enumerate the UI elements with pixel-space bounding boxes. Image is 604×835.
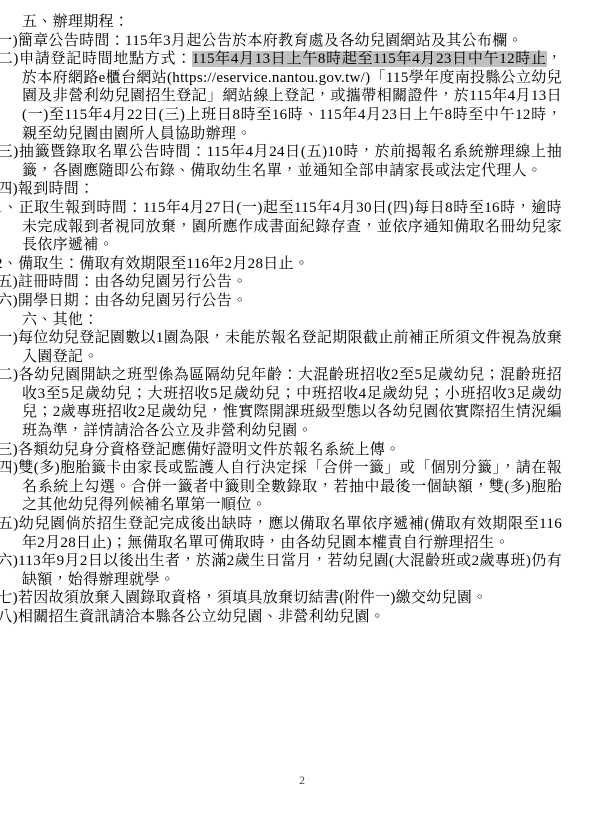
item-label: (三)	[0, 144, 19, 160]
doc-item: 2、備取生：備取有效期限至116年2月28日止。	[22, 255, 562, 274]
item-label: 1、	[0, 200, 19, 216]
item-label: (六)	[0, 293, 18, 309]
item-label: (四)	[0, 460, 18, 476]
doc-item: (三)抽籤暨錄取名單公告時間：115年4月24日(五)10時，於前揭報名系統辦理…	[22, 143, 562, 180]
item-label: (二)	[0, 367, 18, 383]
item-text: 各類幼兒身分資格登記應備好證明文件於報名系統上傳。	[18, 442, 401, 458]
item-text: 其他：	[53, 312, 99, 328]
doc-item: (二)各幼兒園開缺之班型係為區隔幼兒年齡：大混齡班招收2至5足歲幼兒；混齡班招收…	[22, 366, 562, 440]
item-text: 註冊時間：由各幼兒園另行公告。	[18, 274, 248, 290]
item-text: 每位幼兒登記園數以1園為限，未能於報名登記期限截止前補正所須文件視為放棄入園登記…	[18, 330, 562, 365]
item-text: 113年9月2日以後出生者，於滿2歲生日當月，若幼兒園(大混齡班或2歲專班)仍有…	[18, 553, 562, 588]
item-text: 辦理期程：	[53, 14, 130, 30]
highlighted-text: 115年4月13日上午8時起至115年4月23日中午12時止	[192, 51, 547, 67]
doc-item: (二)申請登記時間地點方式：115年4月13日上午8時起至115年4月23日中午…	[22, 50, 562, 143]
document-page: 五、辦理期程：(一)簡章公告時間：115年3月起公告於本府教育處及各幼兒園網站及…	[0, 0, 604, 835]
doc-item: (七)若因故須放棄入園錄取資格，須填具放棄切結書(附件一)繳交幼兒園。	[22, 589, 562, 608]
item-text: 相關招生資訊請洽本縣各公立幼兒園、非營利幼兒園。	[18, 609, 385, 625]
item-text: 開學日期：由各幼兒園另行公告。	[18, 293, 248, 309]
doc-item: 五、辦理期程：	[22, 13, 562, 32]
item-label: (三)	[0, 442, 18, 458]
item-text: 申請登記時間地點方式：	[19, 51, 192, 67]
doc-item: (五)註冊時間：由各幼兒園另行公告。	[22, 273, 562, 292]
item-text: 正取生報到時間：115年4月27日(一)起至115年4月30日(四)每日8時至1…	[19, 200, 562, 253]
item-text: 抽籤暨錄取名單公告時間：115年4月24日(五)10時，於前揭報名系統辦理線上抽…	[19, 144, 562, 179]
page-number: 2	[0, 772, 604, 788]
item-text: 簡章公告時間：115年3月起公告於本府教育處及各幼兒園網站及其公布欄。	[18, 33, 523, 49]
item-label: (四)	[0, 181, 18, 197]
item-label: (二)	[0, 51, 19, 67]
item-label: (一)	[0, 330, 18, 346]
item-label: 五、	[22, 14, 53, 30]
item-label: 六、	[22, 312, 53, 328]
item-text: 報到時間：	[18, 181, 95, 197]
item-label: (八)	[0, 609, 18, 625]
doc-item: (五)幼兒園倘於招生登記完成後出缺時，應以備取名單依序遞補(備取有效期限至116…	[22, 515, 562, 552]
document-body: 五、辦理期程：(一)簡章公告時間：115年3月起公告於本府教育處及各幼兒園網站及…	[22, 13, 562, 627]
item-label: 2、	[0, 256, 18, 272]
doc-item: (一)簡章公告時間：115年3月起公告於本府教育處及各幼兒園網站及其公布欄。	[22, 32, 562, 51]
item-text: 若因故須放棄入園錄取資格，須填具放棄切結書(附件一)繳交幼兒園。	[18, 590, 488, 606]
item-label: (六)	[0, 553, 18, 569]
item-label: (五)	[0, 516, 19, 532]
doc-item: (三)各類幼兒身分資格登記應備好證明文件於報名系統上傳。	[22, 441, 562, 460]
doc-item: (一)每位幼兒登記園數以1園為限，未能於報名登記期限截止前補正所須文件視為放棄入…	[22, 329, 562, 366]
item-text: 備取生：備取有效期限至116年2月28日止。	[18, 256, 309, 272]
doc-item: 1、正取生報到時間：115年4月27日(一)起至115年4月30日(四)每日8時…	[22, 199, 562, 255]
doc-item: (六)113年9月2日以後出生者，於滿2歲生日當月，若幼兒園(大混齡班或2歲專班…	[22, 552, 562, 589]
doc-item: (四)報到時間：	[22, 180, 562, 199]
doc-item: (四)雙(多)胞胎籤卡由家長或監護人自行決定採「合併一籤」或「個別分籤」，請在報…	[22, 459, 562, 515]
doc-item: 六、其他：	[22, 311, 562, 330]
item-text: 各幼兒園開缺之班型係為區隔幼兒年齡：大混齡班招收2至5足歲幼兒；混齡班招收3至5…	[18, 367, 562, 439]
item-label: (一)	[0, 33, 18, 49]
item-label: (七)	[0, 590, 18, 606]
doc-item: (六)開學日期：由各幼兒園另行公告。	[22, 292, 562, 311]
item-text: 雙(多)胞胎籤卡由家長或監護人自行決定採「合併一籤」或「個別分籤」，請在報名系統…	[18, 460, 562, 513]
item-label: (五)	[0, 274, 18, 290]
item-text: 幼兒園倘於招生登記完成後出缺時，應以備取名單依序遞補(備取有效期限至116年2月…	[19, 516, 563, 551]
doc-item: (八)相關招生資訊請洽本縣各公立幼兒園、非營利幼兒園。	[22, 608, 562, 627]
